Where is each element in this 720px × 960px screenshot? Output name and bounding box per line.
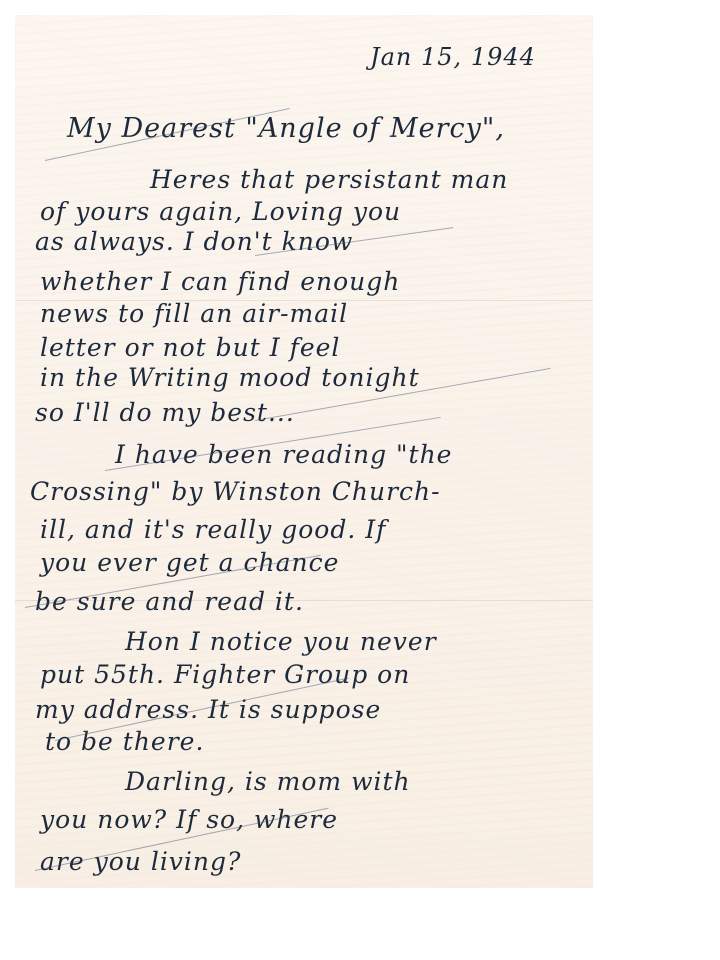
letter-salutation: My Dearest "Angle of Mercy", xyxy=(67,113,505,144)
letter-line: so I'll do my best... xyxy=(35,398,295,427)
letter-line: my address. It is suppose xyxy=(35,695,381,724)
letter-line: be sure and read it. xyxy=(35,587,304,616)
letter-line: put 55th. Fighter Group on xyxy=(40,660,410,689)
letter-line: you ever get a chance xyxy=(40,548,339,577)
letter-line: Heres that persistant man xyxy=(150,165,508,194)
letter-date: Jan 15, 1944 xyxy=(370,43,536,71)
letter-line: Hon I notice you never xyxy=(125,627,437,656)
letter-line: you now? If so, where xyxy=(40,805,338,834)
letter-line: Crossing" by Winston Church- xyxy=(30,477,441,506)
letter-line: ill, and it's really good. If xyxy=(40,515,386,544)
letter-paper: Jan 15, 1944 My Dearest "Angle of Mercy"… xyxy=(15,15,593,888)
letter-line: whether I can find enough xyxy=(40,267,400,296)
letter-line: as always. I don't know xyxy=(35,227,353,256)
letter-line: news to fill an air-mail xyxy=(40,299,348,328)
letter-line: letter or not but I feel xyxy=(40,333,340,362)
letter-line: in the Writing mood tonight xyxy=(40,363,420,392)
letter-line: to be there. xyxy=(45,727,204,756)
letter-line: Darling, is mom with xyxy=(125,767,411,796)
letter-line: of yours again, Loving you xyxy=(40,197,401,226)
letter-line: I have been reading "the xyxy=(115,440,452,469)
